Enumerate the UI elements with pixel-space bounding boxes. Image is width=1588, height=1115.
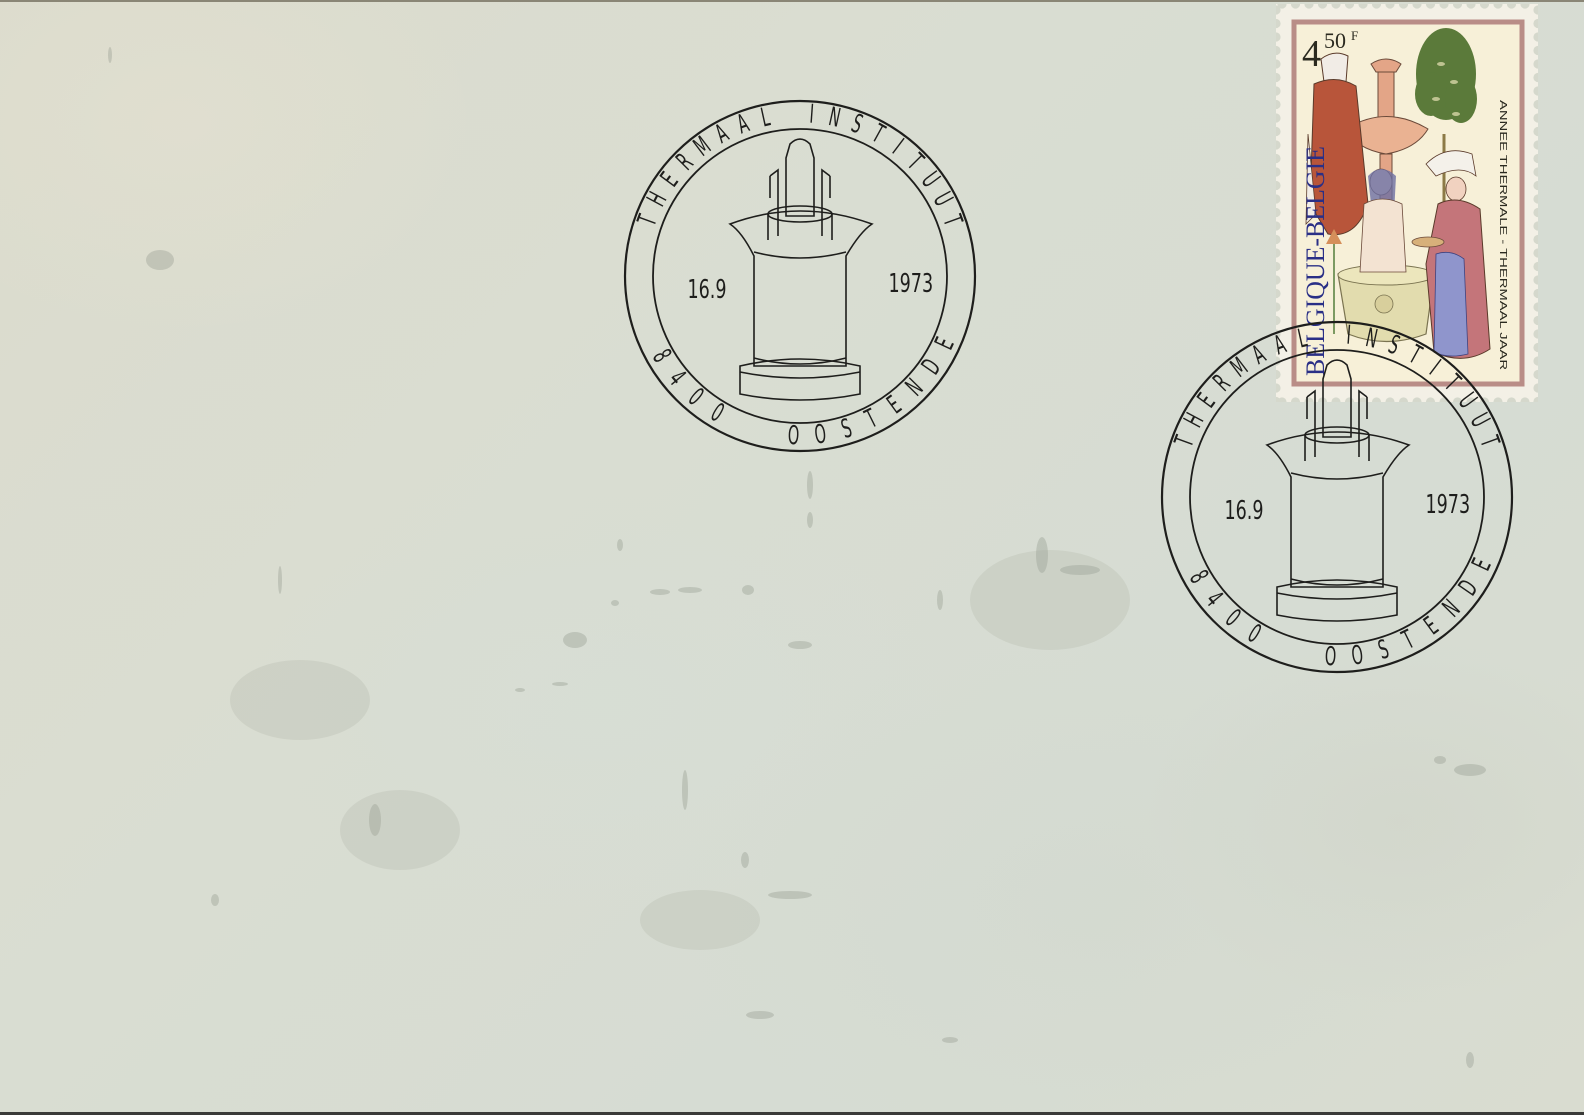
svg-text:F: F bbox=[1351, 28, 1358, 43]
svg-text:L: L bbox=[758, 103, 772, 134]
svg-text:A: A bbox=[1248, 340, 1272, 371]
postmark-1: THERMAALINSTITUUT8400OOSTENDE16.91973 bbox=[620, 96, 980, 456]
svg-text:0: 0 bbox=[1219, 604, 1246, 633]
svg-text:T: T bbox=[866, 119, 889, 150]
svg-text:1973: 1973 bbox=[1426, 490, 1471, 519]
svg-text:T: T bbox=[1397, 625, 1419, 656]
svg-text:50: 50 bbox=[1324, 28, 1346, 53]
svg-text:R: R bbox=[671, 148, 699, 176]
svg-text:H: H bbox=[1179, 409, 1211, 433]
svg-text:T: T bbox=[1438, 369, 1466, 397]
svg-text:E: E bbox=[1419, 612, 1444, 642]
svg-text:T: T bbox=[936, 211, 968, 230]
svg-text:M: M bbox=[1226, 352, 1254, 384]
svg-text:T: T bbox=[632, 211, 664, 230]
svg-text:D: D bbox=[916, 354, 947, 380]
svg-text:T: T bbox=[901, 148, 929, 176]
svg-text:H: H bbox=[642, 188, 674, 212]
svg-text:O: O bbox=[1324, 642, 1337, 672]
svg-text:N: N bbox=[900, 374, 929, 403]
svg-text:U: U bbox=[1452, 388, 1482, 414]
svg-text:E: E bbox=[1192, 388, 1222, 413]
svg-text:4: 4 bbox=[662, 365, 691, 391]
postmark-2: THERMAALINSTITUUT8400OOSTENDE16.91973 bbox=[1157, 317, 1517, 677]
svg-text:E: E bbox=[930, 333, 961, 354]
svg-text:R: R bbox=[1208, 369, 1236, 397]
svg-text:O: O bbox=[787, 421, 800, 451]
svg-text:M: M bbox=[689, 131, 717, 163]
svg-text:4: 4 bbox=[1199, 586, 1228, 612]
svg-text:1973: 1973 bbox=[889, 269, 934, 298]
svg-text:E: E bbox=[1467, 554, 1498, 575]
svg-text:S: S bbox=[1384, 330, 1403, 361]
svg-text:T: T bbox=[1169, 432, 1201, 451]
svg-text:A: A bbox=[711, 119, 735, 150]
svg-text:8: 8 bbox=[1183, 566, 1214, 589]
svg-text:O: O bbox=[1350, 640, 1365, 671]
svg-text:T: T bbox=[860, 404, 882, 435]
svg-text:E: E bbox=[882, 391, 907, 421]
svg-text:U: U bbox=[915, 167, 945, 193]
svg-text:I: I bbox=[1424, 355, 1446, 382]
svg-text:16.9: 16.9 bbox=[1225, 496, 1264, 525]
svg-text:I: I bbox=[887, 134, 909, 161]
svg-text:I: I bbox=[1345, 321, 1351, 351]
svg-text:0: 0 bbox=[682, 383, 709, 412]
svg-text:D: D bbox=[1453, 575, 1484, 601]
svg-text:A: A bbox=[1270, 330, 1290, 362]
svg-text:8: 8 bbox=[646, 345, 677, 368]
svg-text:N: N bbox=[1437, 595, 1466, 624]
svg-text:U: U bbox=[1464, 409, 1496, 433]
svg-text:N: N bbox=[826, 102, 843, 134]
svg-text:4: 4 bbox=[1302, 33, 1321, 75]
svg-text:0: 0 bbox=[1242, 619, 1265, 649]
svg-text:U: U bbox=[927, 188, 959, 212]
svg-text:O: O bbox=[813, 419, 828, 450]
svg-text:T: T bbox=[1403, 340, 1426, 371]
svg-text:L: L bbox=[1295, 324, 1309, 355]
svg-text:A: A bbox=[733, 109, 753, 141]
svg-text:16.9: 16.9 bbox=[688, 275, 727, 304]
svg-text:S: S bbox=[838, 414, 856, 445]
svg-text:E: E bbox=[655, 167, 685, 192]
svg-text:N: N bbox=[1363, 323, 1380, 355]
svg-text:S: S bbox=[847, 109, 866, 140]
svg-text:S: S bbox=[1375, 635, 1393, 666]
svg-text:T: T bbox=[1473, 432, 1505, 451]
svg-text:I: I bbox=[808, 100, 814, 130]
svg-text:0: 0 bbox=[705, 398, 728, 428]
